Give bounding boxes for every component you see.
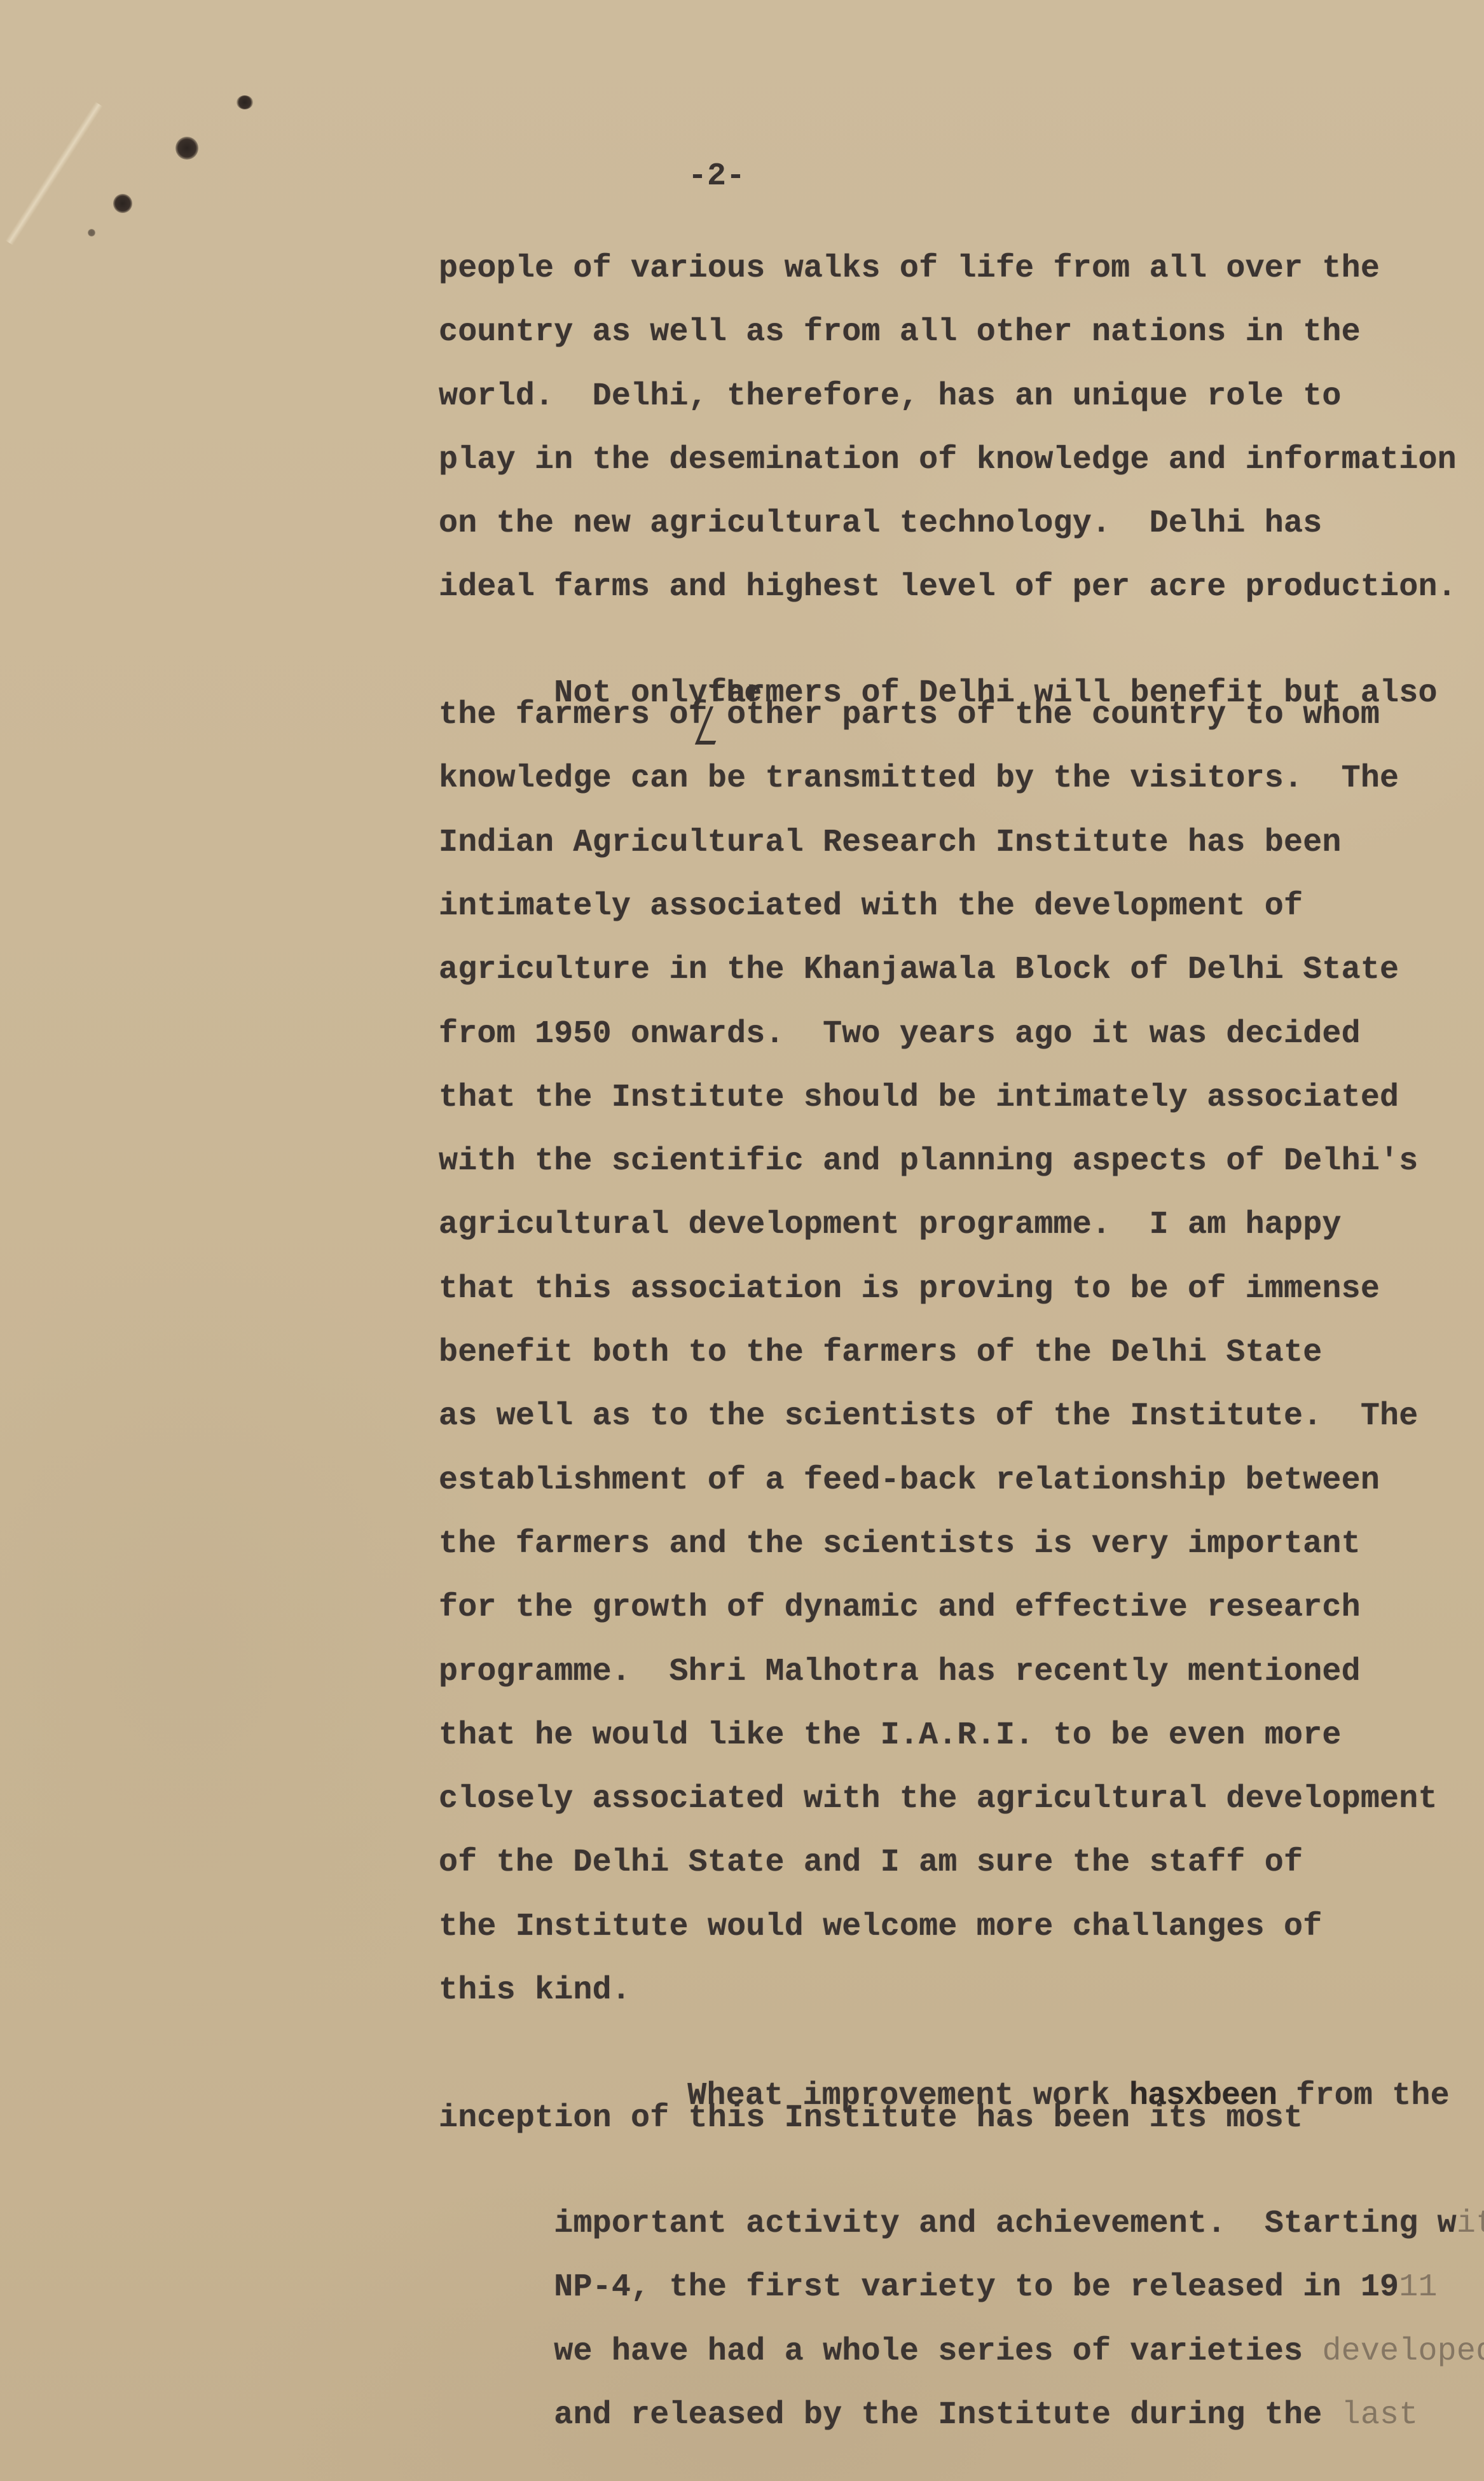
text-line: for the growth of dynamic and effective … xyxy=(439,1587,1469,1651)
text-line: intimately associated with the developme… xyxy=(439,886,1469,949)
text-line: the farmers and the scientists is very i… xyxy=(439,1523,1469,1587)
text-line: ideal farms and highest level of per acr… xyxy=(439,567,1469,630)
text-line: that the Institute should be intimately … xyxy=(439,1077,1469,1141)
text-line: we have had a whole series of varieties … xyxy=(439,2289,1469,2353)
paper-crease xyxy=(5,102,102,245)
text-line: this kind. xyxy=(439,1970,1469,2033)
staple-hole-icon xyxy=(237,95,253,109)
text-line: benefit both to the farmers of the Delhi… xyxy=(439,1332,1469,1396)
paragraph-start-line: Wheat improvement work hasxbeen from the xyxy=(439,2033,1469,2097)
faded-text: last xyxy=(1342,2397,1419,2433)
page-number: -2- xyxy=(688,158,745,196)
speck-mark-icon xyxy=(88,229,95,237)
text-line: on the new agricultural technology. Delh… xyxy=(439,503,1469,567)
text-line: that this association is proving to be o… xyxy=(439,1268,1469,1332)
text-line-with-insertion: Not onlythefarmers of Delhi will benefit… xyxy=(439,631,1469,694)
typewritten-page: -2- people of various walks of life from… xyxy=(0,0,1484,2481)
text-line: of the Delhi State and I am sure the sta… xyxy=(439,1842,1469,1906)
text-line: agriculture in the Khanjawala Block of D… xyxy=(439,949,1469,1013)
staple-hole-icon xyxy=(113,194,132,213)
text-line: country as well as from all other nation… xyxy=(439,312,1469,375)
text-line: programme. Shri Malhotra has recently me… xyxy=(439,1651,1469,1715)
text-line: Indian Agricultural Research Institute h… xyxy=(439,822,1469,886)
text-line: that he would like the I.A.R.I. to be ev… xyxy=(439,1715,1469,1778)
text-line: from 1950 onwards. Two years ago it was … xyxy=(439,1014,1469,1077)
text-line: as well as to the scientists of the Inst… xyxy=(439,1396,1469,1459)
text-line: world. Delhi, therefore, has an unique r… xyxy=(439,376,1469,439)
line-segment: and released by the Institute during the xyxy=(554,2397,1341,2433)
text-line: inception of this Institute has been its… xyxy=(439,2098,1469,2161)
text-line: and released by the Institute during the… xyxy=(439,2353,1469,2416)
text-line: NP-4, the first variety to be released i… xyxy=(439,2225,1469,2288)
body-text: people of various walks of life from all… xyxy=(439,248,1469,2416)
text-line: play in the desemination of knowledge an… xyxy=(439,439,1469,503)
text-line: people of various walks of life from all… xyxy=(439,248,1469,312)
text-line: the Institute would welcome more challan… xyxy=(439,1906,1469,1970)
text-line: agricultural development programme. I am… xyxy=(439,1204,1469,1268)
staple-hole-icon xyxy=(175,137,198,160)
text-line: knowledge can be transmitted by the visi… xyxy=(439,758,1469,821)
text-line: the farmers of other parts of the countr… xyxy=(439,694,1469,758)
text-line: with the scientific and planning aspects… xyxy=(439,1141,1469,1204)
text-line: establishment of a feed-back relationshi… xyxy=(439,1460,1469,1523)
text-line: important activity and achievement. Star… xyxy=(439,2161,1469,2225)
text-line: closely associated with the agricultural… xyxy=(439,1778,1469,1842)
